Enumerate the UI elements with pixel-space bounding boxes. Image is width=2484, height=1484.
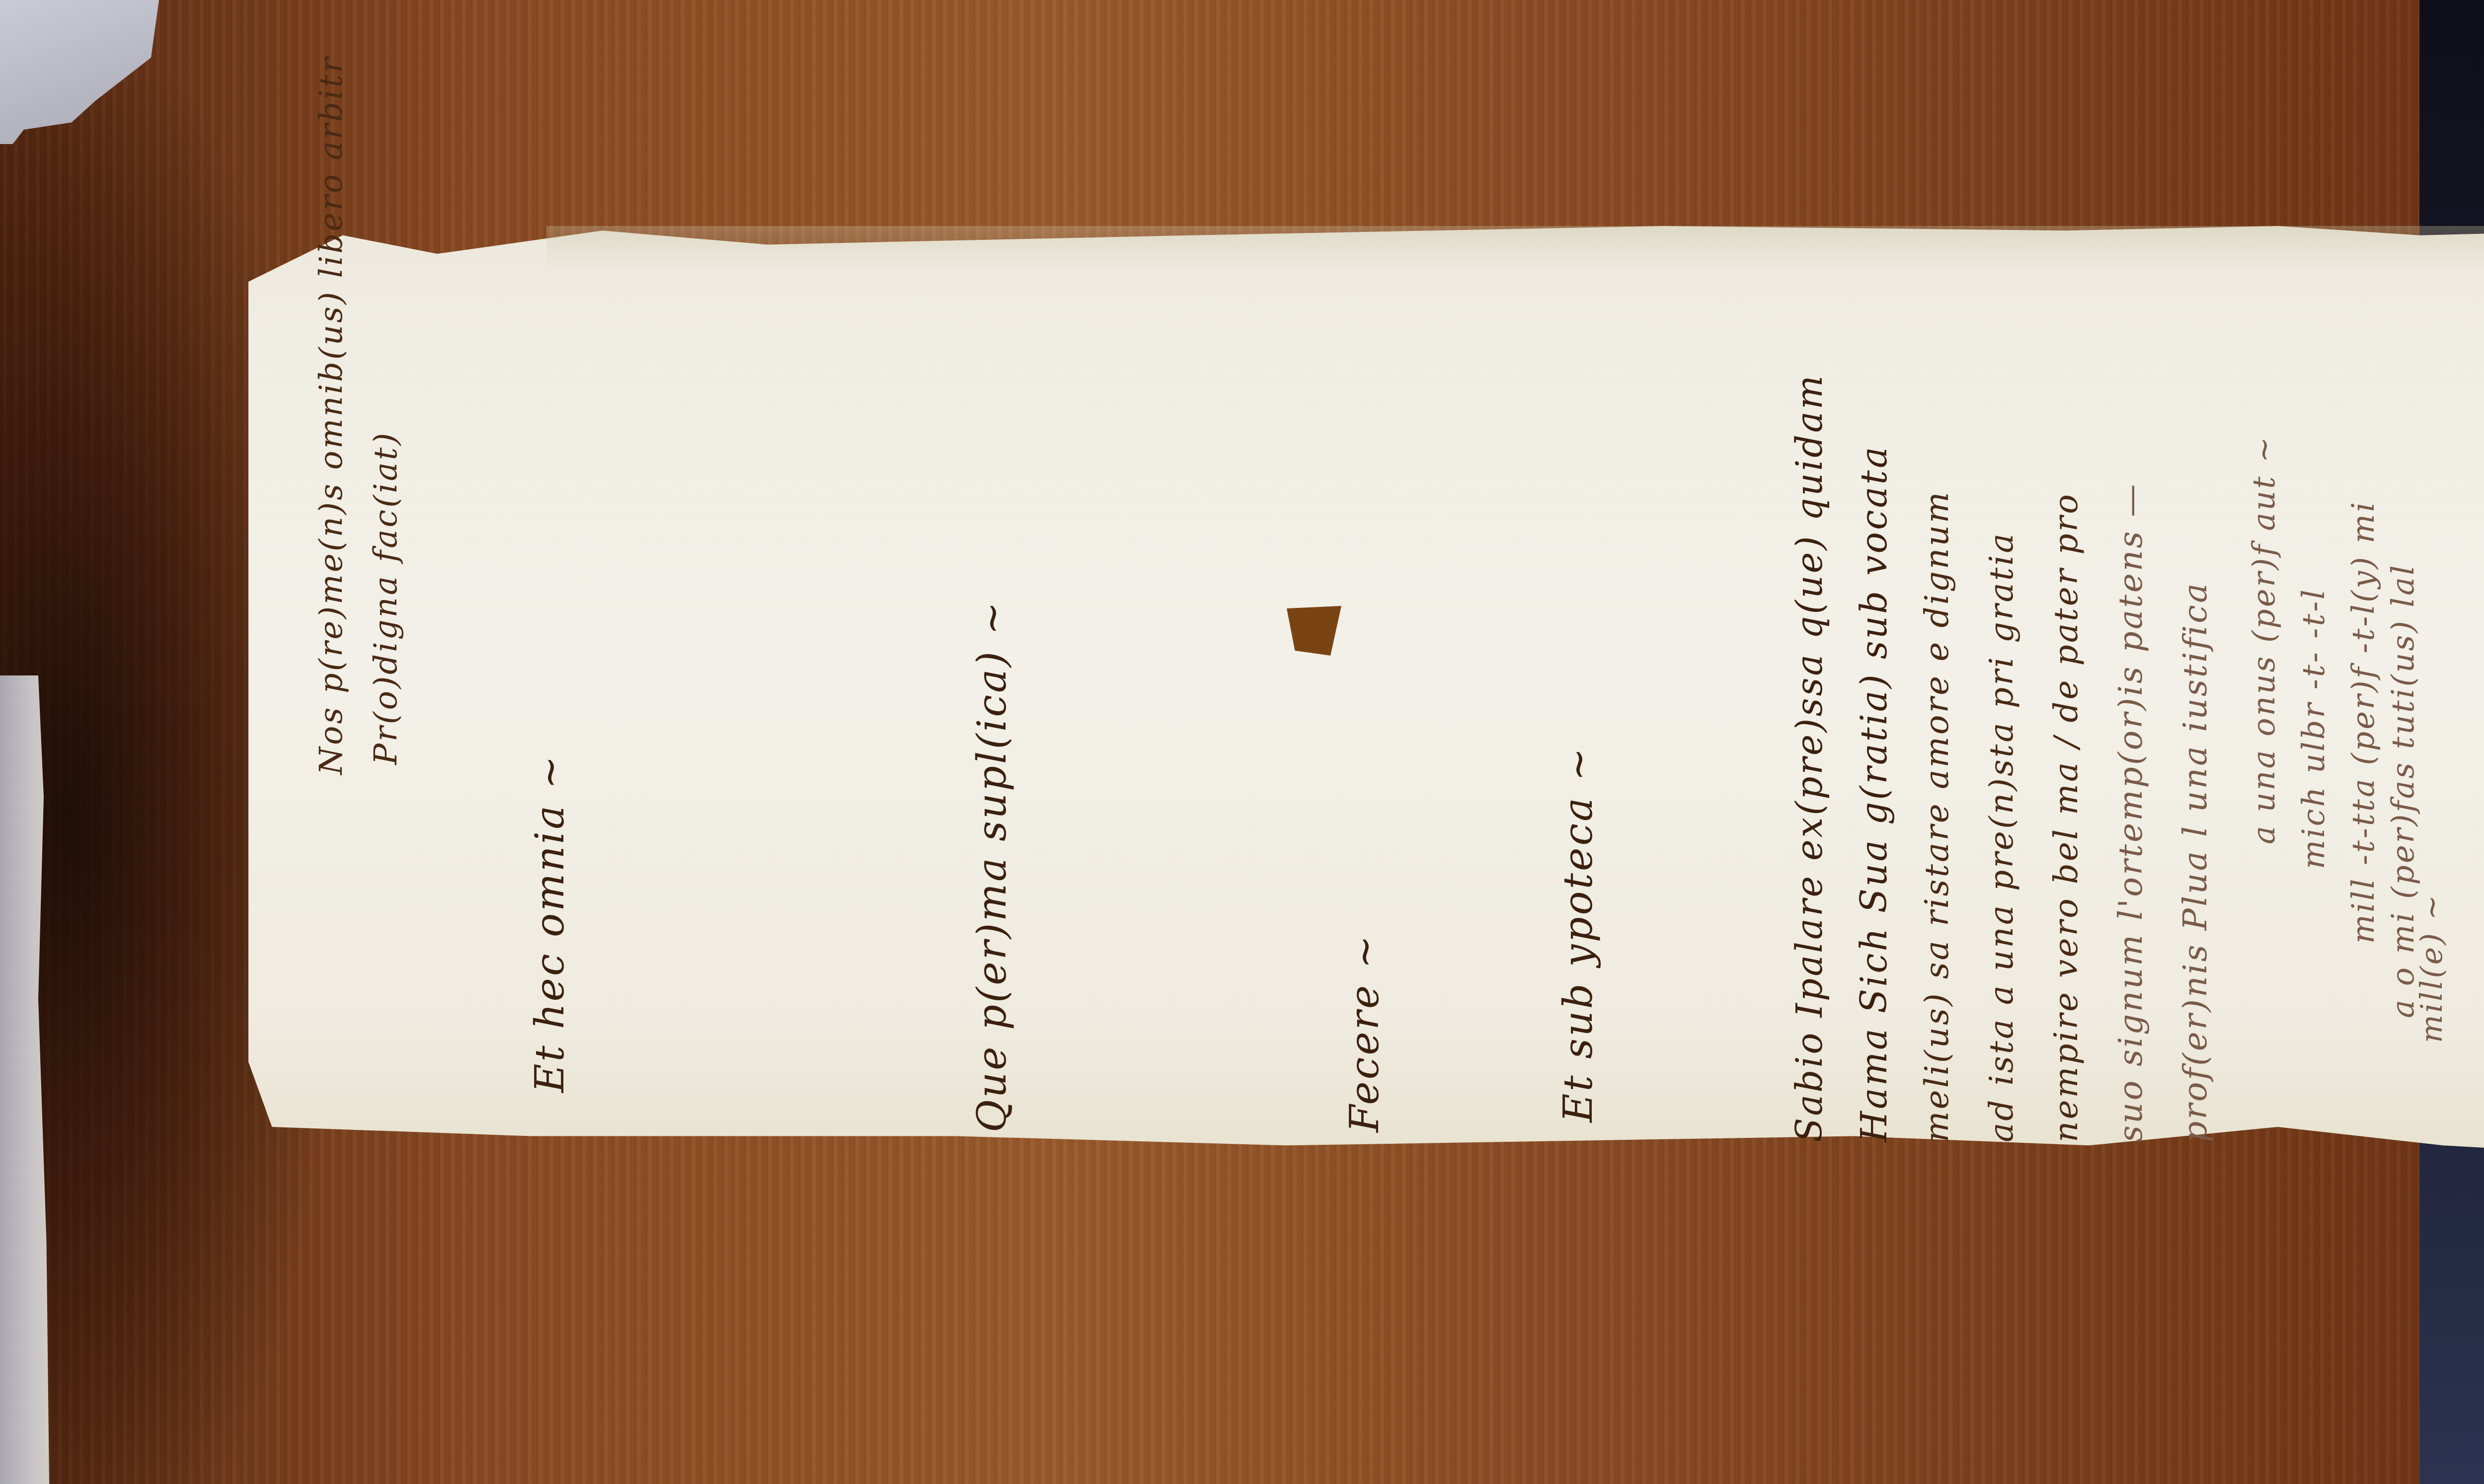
right-line-2: mich ulbr -t- -t-l	[2295, 588, 2331, 869]
right-line-5: mill(e) ~	[2414, 893, 2449, 1043]
main-line-1: Sabio Ipalare ex(pre)ssa q(ue) quidam	[1788, 373, 1830, 1142]
right-line-3: mill -t-tta (per)f -t-l(y) mi	[2345, 500, 2381, 944]
main-line-5: nempire vero bel ma / de pater pro	[2047, 492, 2085, 1142]
paper-fold-top	[546, 226, 2484, 271]
main-line-6: suo signum l'ortemp(or)is patens —	[2111, 482, 2150, 1142]
entry-et-hec-omnia: Et hec omnia ~	[527, 754, 573, 1093]
entry-fecere: Fecere ~	[1341, 933, 1388, 1132]
top-block-line-2: Pr(o)digna fac(iat)	[368, 431, 404, 765]
entry-et-sub-ypoteca: Et sub ypoteca ~	[1555, 746, 1601, 1122]
main-line-4: ad ista a una pre(n)sta pri gratia	[1982, 531, 2020, 1142]
top-block-line-1: Nos p(re)me(n)s omnib(us) libero arbitr	[313, 56, 350, 775]
main-line-3: meli(us) sa ristare amore e dignum	[1918, 490, 1956, 1142]
main-line-2: Hama Sich Sua g(ratia) sub vocata	[1853, 445, 1895, 1142]
entry-que-perma: Que p(er)ma supl(ica) ~	[969, 600, 1015, 1132]
main-line-7: prof(er)nis Plua l una iustifica	[2176, 582, 2214, 1142]
right-line-1: a una onus (per)f aut ~	[2246, 435, 2282, 844]
